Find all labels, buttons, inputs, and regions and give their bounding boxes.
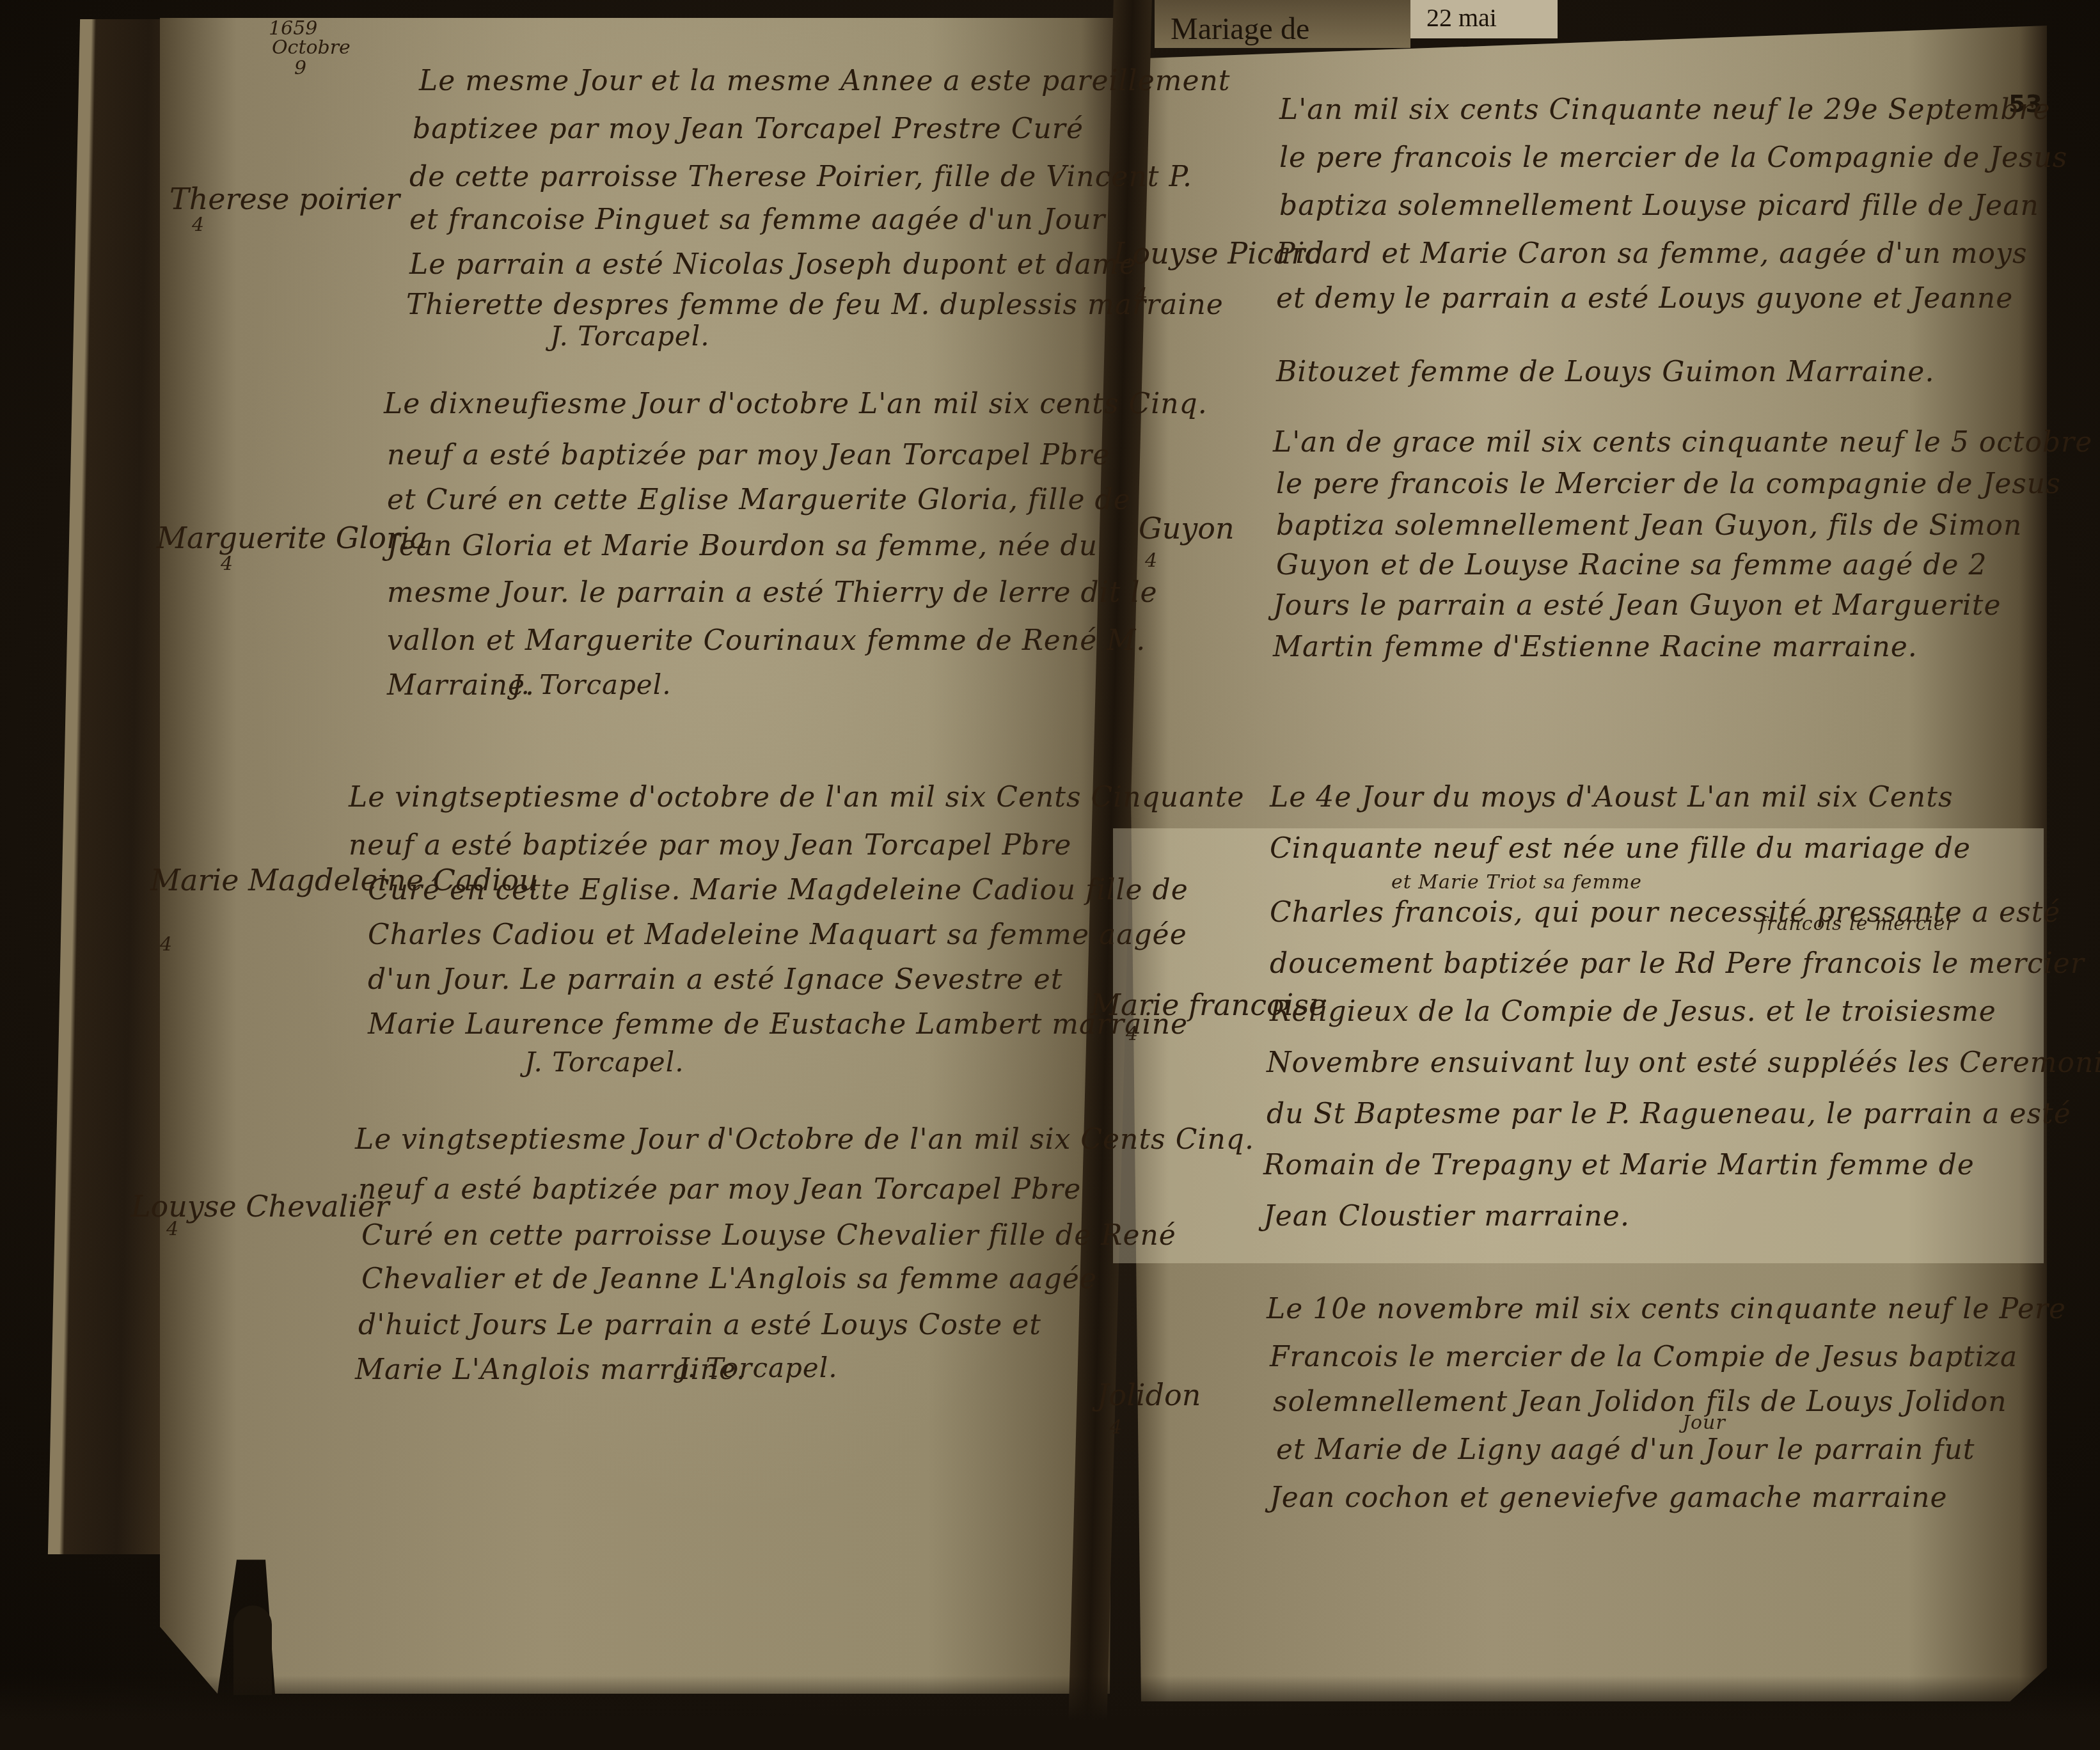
interlinear-insert: et Marie Triot sa femme [1391, 873, 1642, 892]
entry-line: Romain de Trepagny et Marie Martin femme… [1263, 1151, 1975, 1179]
entry-line: et francoise Pinguet sa femme aagée d'un… [409, 206, 1105, 234]
entry-line: mesme Jour. le parrain a esté Thierry de… [387, 579, 1158, 607]
entry-line: baptizee par moy Jean Torcapel Prestre C… [413, 115, 1084, 143]
entry-line: d'huict Jours Le parrain a esté Louys Co… [358, 1311, 1041, 1339]
entry-line: et Marie de Ligny aagé d'un Jour le parr… [1276, 1436, 1975, 1464]
entry-line: de cette parroisse Therese Poirier, fill… [409, 163, 1192, 191]
entry-line: neuf a esté baptizée par moy Jean Torcap… [349, 832, 1071, 860]
margin-mark: 4 [160, 934, 172, 956]
entry-line: Curé en cette Eglise. Marie Magdeleine C… [368, 876, 1188, 904]
entry-line: et Curé en cette Eglise Marguerite Glori… [387, 486, 1131, 514]
entry-line: solemnellement Jean Jolidon fils de Louy… [1273, 1388, 2007, 1416]
entry-line: L'an de grace mil six cents cinquante ne… [1273, 429, 2092, 457]
entry-line: Curé en cette parroisse Louyse Chevalier… [361, 1222, 1176, 1250]
top-tab-date-text: 22 mai [1426, 3, 1497, 33]
entry-line: Jours le parrain a esté Jean Guyon et Ma… [1273, 592, 2001, 620]
entry-line: Le dixneufiesme Jour d'octobre L'an mil … [384, 390, 1208, 418]
entry-line: Francois le mercier de la Compie de Jesu… [1270, 1343, 2017, 1371]
margin-mark: 4 [1135, 285, 1148, 307]
entry-line: Le vingtseptiesme d'octobre de l'an mil … [349, 784, 1244, 812]
entry-line: et demy le parrain a esté Louys guyone e… [1276, 285, 2013, 313]
margin-name: Guyon [1139, 512, 1235, 546]
entry-line: doucement baptizée par le Rd Pere franco… [1270, 950, 2085, 978]
signature: J. Torcapel. [525, 1049, 684, 1076]
entry-line: Guyon et de Louyse Racine sa femme aagé … [1276, 551, 1987, 579]
entry-line: baptiza solemnellement Jean Guyon, fils … [1276, 512, 2022, 540]
margin-mark: 4 [192, 214, 204, 237]
entry-line: le pere francois le mercier de la Compag… [1279, 144, 2067, 172]
entry-line: Chevalier et de Jeanne L'Anglois sa femm… [361, 1265, 1097, 1293]
entry-line: Charles Cadiou et Madeleine Maquart sa f… [368, 921, 1187, 949]
entry-line: Picard et Marie Caron sa femme, aagée d'… [1276, 240, 2027, 268]
correction-above: Jour [1682, 1414, 1726, 1433]
header-day: 9 [294, 58, 306, 80]
entry-line: Le 4e Jour du moys d'Aoust L'an mil six … [1270, 784, 1953, 812]
margin-name: Jolidon [1097, 1378, 1201, 1412]
margin-mark: 4 [1126, 1023, 1138, 1046]
entry-line: baptiza solemnellement Louyse picard fil… [1279, 192, 2039, 220]
entry-line: Le vingtseptiesme Jour d'Octobre de l'an… [355, 1126, 1254, 1154]
entry-line: Cinquante neuf est née une fille du mari… [1270, 835, 1971, 863]
signature: J. Torcapel. [550, 323, 709, 350]
margin-mark: 4 [1145, 550, 1157, 572]
entry-line: du St Baptesme par le P. Ragueneau, le p… [1267, 1100, 2071, 1128]
document-photograph: Mariage de 22 mai 53 1659 Octobre 9 Ther… [0, 0, 2100, 1750]
entry-line: Martin femme d'Estienne Racine marraine. [1273, 633, 1918, 661]
entry-line: Jean cochon et geneviefve gamache marrai… [1270, 1484, 1948, 1512]
header-month: Octobre [272, 37, 351, 59]
entry-line: Le parrain a esté Nicolas Joseph dupont … [409, 251, 1137, 279]
entry-line: Jean Cloustier marraine. [1263, 1202, 1630, 1231]
bottom-shadow [0, 1676, 2100, 1750]
entry-line: le pere francois le Mercier de la compag… [1276, 470, 2061, 498]
entry-line: Marie Laurence femme de Eustache Lambert… [368, 1011, 1188, 1039]
entry-line: Bitouzet femme de Louys Guimon Marraine. [1276, 358, 1934, 386]
correction-above: francois le mercier [1759, 915, 1955, 934]
entry-line: L'an mil six cents Cinquante neuf le 29e… [1279, 96, 2050, 124]
entry-line: Religieux de la Compie de Jesus. et le t… [1270, 998, 1996, 1026]
entry-line: Novembre ensuivant luy ont esté suppléés… [1267, 1049, 2100, 1077]
entry-line: neuf a esté baptizée par moy Jean Torcap… [358, 1176, 1081, 1204]
top-tab-label: Mariage de [1171, 12, 1309, 47]
entry-line: Jean Gloria et Marie Bourdon sa femme, n… [387, 532, 1098, 560]
margin-name: Therese poirier [170, 182, 400, 216]
entry-line: Le mesme Jour et la mesme Annee a este p… [419, 67, 1230, 95]
entry-line: Thierette despres femme de feu M. duples… [406, 291, 1224, 319]
signature: J. Torcapel. [512, 672, 671, 698]
margin-mark: 4 [166, 1218, 178, 1241]
entry-line: Le 10e novembre mil six cents cinquante … [1267, 1295, 2066, 1323]
signature: J. Torcapel. [678, 1355, 837, 1382]
margin-mark: 4 [1110, 1417, 1122, 1439]
margin-mark: 4 [221, 553, 233, 576]
entry-line: neuf a esté baptizée par moy Jean Torcap… [387, 441, 1110, 469]
entry-line: vallon et Marguerite Courinaux femme de … [387, 627, 1146, 655]
entry-line: d'un Jour. Le parrain a esté Ignace Seve… [368, 966, 1062, 994]
